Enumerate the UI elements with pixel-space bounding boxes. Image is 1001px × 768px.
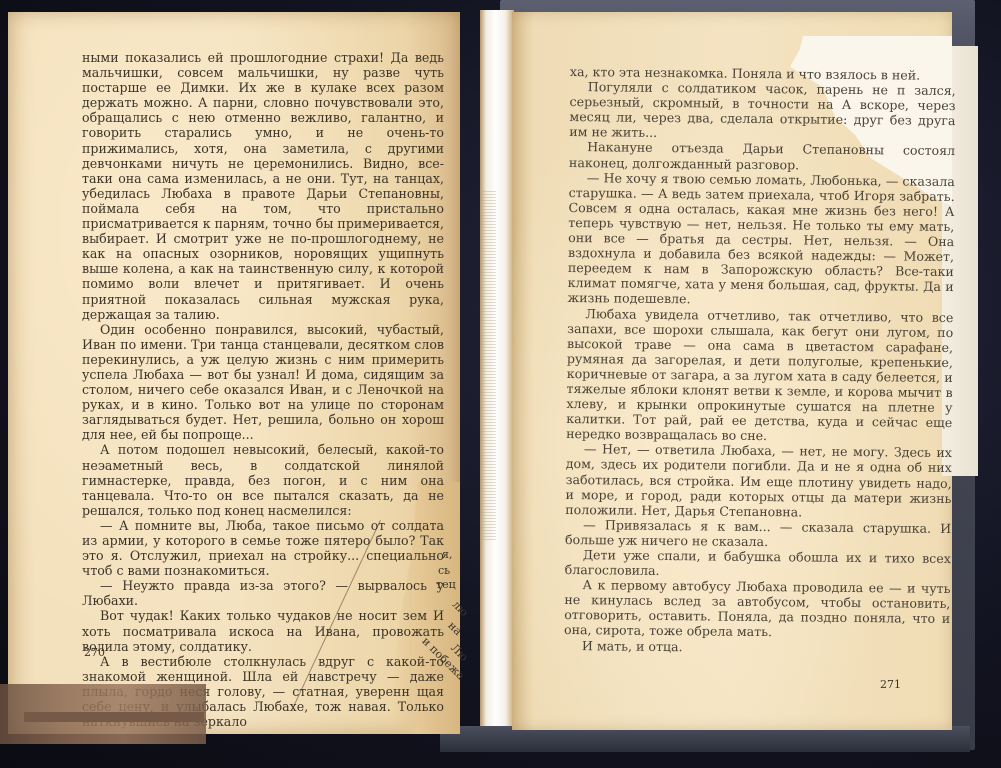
torn-fragment-text: я,сьтецлюнаЛюи побежа — [408, 540, 468, 660]
fragment-word: тец — [436, 578, 456, 591]
redacted-corner-strip — [24, 712, 204, 722]
right-page-number: 271 — [880, 678, 901, 691]
right_page-paragraph: Погуляли с солдатиком часок, парень не п… — [569, 79, 956, 143]
left-page-number: 270 — [84, 646, 105, 659]
right_page-paragraph: — Нет, — ответила Любаха, — нет, не могу… — [565, 441, 952, 521]
fragment-word: сь — [438, 564, 450, 577]
left_page-paragraph: Один особенно понравился, высокий, чубас… — [82, 322, 444, 443]
right_page-paragraph: А к первому автобусу Любаха проводила ее… — [564, 577, 951, 641]
right_page-paragraph: Дети уже спали, и бабушка обошла их и ти… — [565, 547, 951, 581]
left_page-paragraph: — Неужто правда из-за этого? — вырвалось… — [82, 578, 444, 608]
right-page-text: ха, кто эта незнакомка. Поняла и что взя… — [564, 64, 956, 657]
fragment-word: лю — [450, 598, 471, 619]
left_page-paragraph: Вот чудак! Каких только чудаков не носит… — [82, 608, 444, 653]
left_page-paragraph: А потом подошел невысокий, белесый, како… — [82, 442, 444, 517]
right_page-paragraph: — Привязалась я к вам... — сказала стару… — [565, 517, 951, 551]
right_page-paragraph: Любаха увидела отчетливо, так отчетливо,… — [566, 305, 953, 445]
left_page-paragraph: — А помните вы, Люба, такое письмо от со… — [82, 518, 444, 578]
fragment-word: я, — [442, 548, 452, 561]
fragment-word: на — [445, 619, 464, 638]
right_page-paragraph: Накануне отъезда Дарьи Степановны состоя… — [569, 139, 955, 173]
left-page-text: ными показались ей прошлогодние страхи! … — [82, 50, 444, 729]
book-scan: ными показались ей прошлогодние страхи! … — [0, 0, 1001, 768]
spine-binding-mesh — [482, 190, 496, 540]
left_page-paragraph: ными показались ей прошлогодние страхи! … — [82, 50, 444, 322]
right_page-paragraph: — Не хочу я твою семью ломать, Любонька,… — [567, 170, 954, 310]
